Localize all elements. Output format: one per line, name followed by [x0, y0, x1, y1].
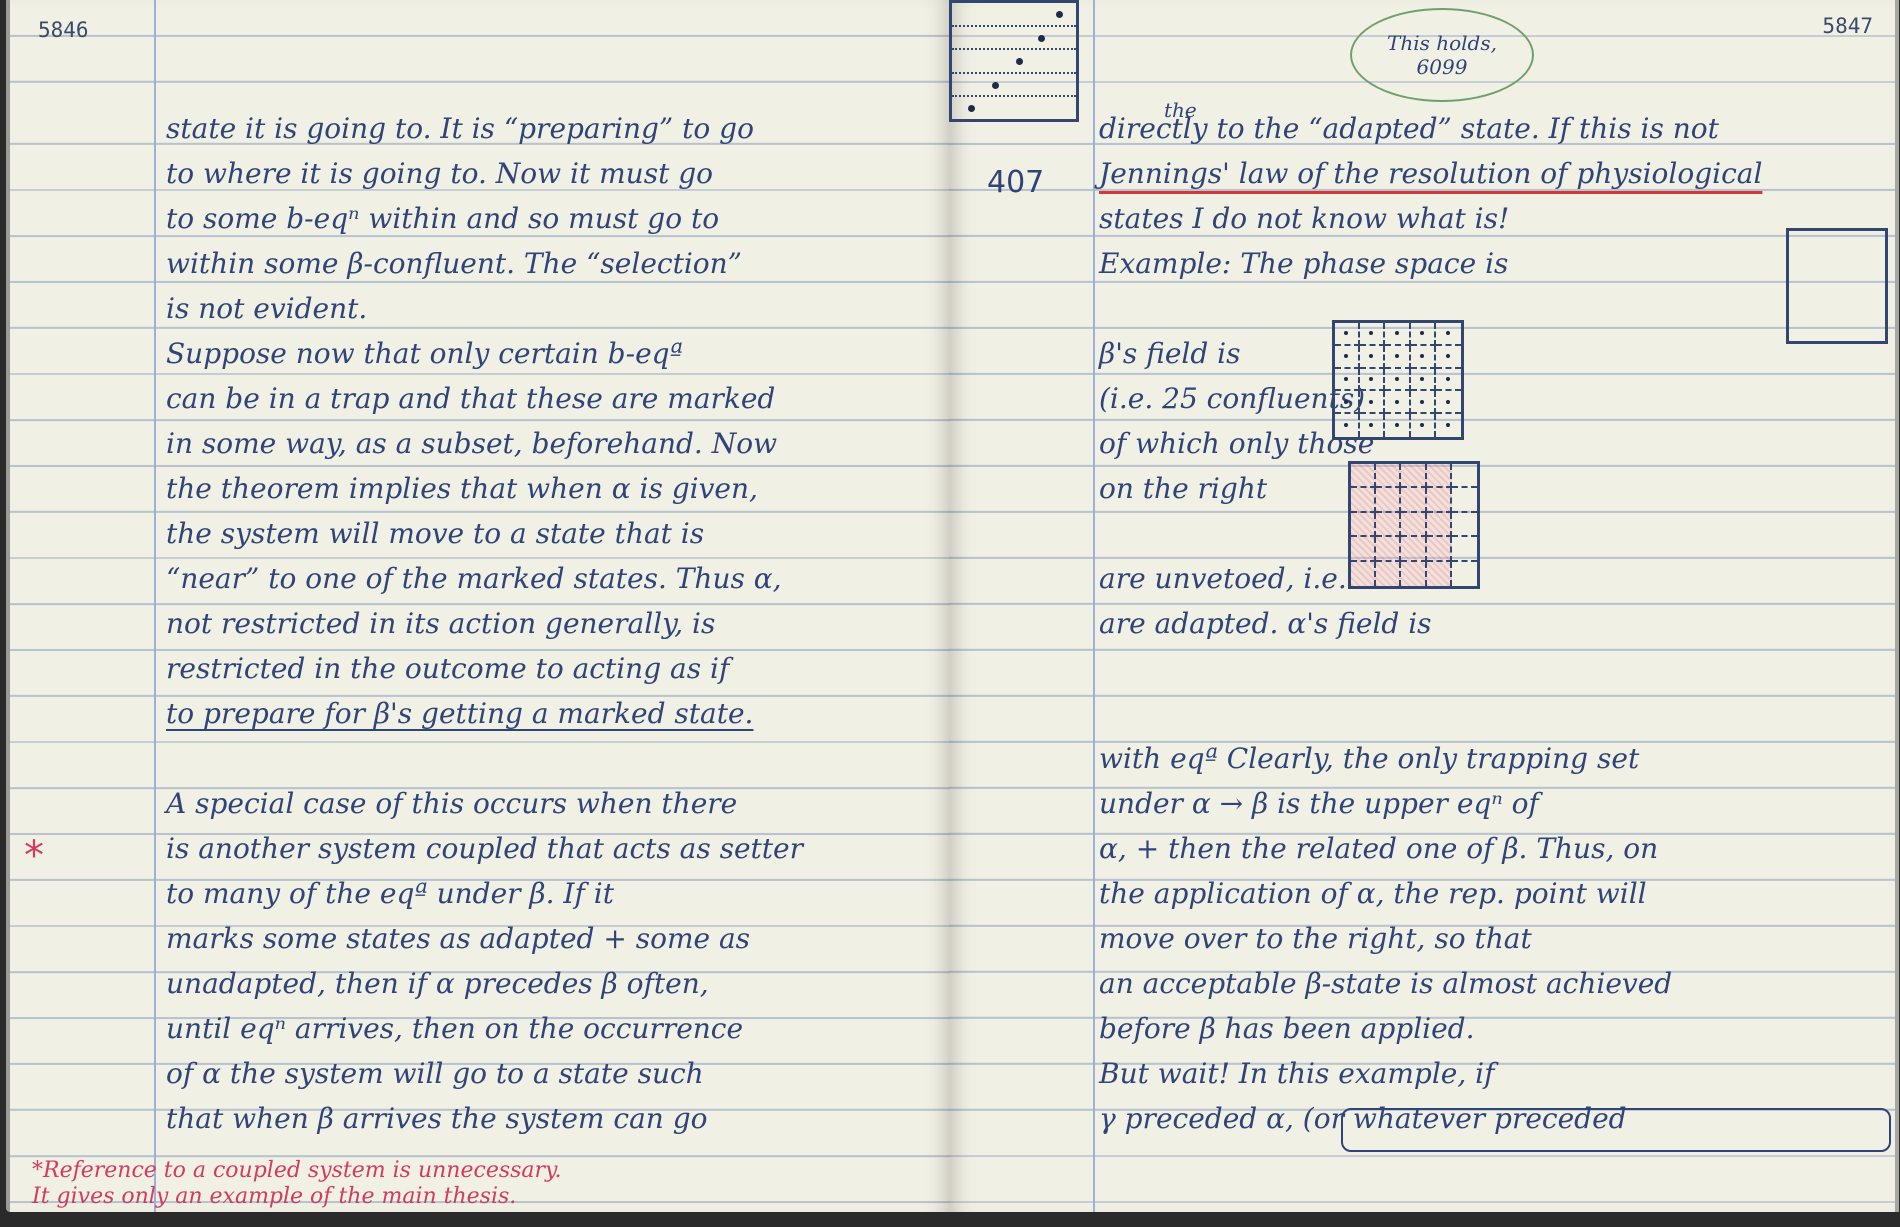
- text-line: the application of α, the rep. point wil…: [1099, 877, 1647, 911]
- text-line: directly to the “adapted” state. If this…: [1099, 112, 1719, 146]
- beta-field-diagram: [1332, 320, 1464, 440]
- text-line: Suppose now that only certain b-eqª: [166, 337, 683, 371]
- text-line: an acceptable β-state is almost achieved: [1099, 967, 1672, 1001]
- page-number: 5846: [38, 18, 89, 42]
- text-line: (i.e. 25 confluents): [1099, 382, 1365, 416]
- text-line: are unvetoed, i.e.: [1099, 562, 1347, 596]
- text-line: can be in a trap and that these are mark…: [166, 382, 775, 416]
- text-line: within some β-confluent. The “selection”: [166, 247, 742, 281]
- text-line: the system will move to a state that is: [166, 517, 704, 551]
- margin-line: [154, 0, 156, 1212]
- text-line: before β has been applied.: [1099, 1012, 1475, 1046]
- circled-note-line: This holds,: [1387, 31, 1497, 55]
- text-line: to many of the eqª under β. If it: [166, 877, 614, 911]
- underlined-text-line: Jennings' law of the resolution of physi…: [1099, 157, 1762, 191]
- page-number: 5847: [1822, 14, 1873, 38]
- footnote-line: *Reference to a coupled system is unnece…: [32, 1158, 562, 1183]
- circled-note-line: 6099: [1417, 55, 1468, 79]
- text-line: on the right: [1099, 472, 1267, 506]
- text-line: not restricted in its action generally, …: [166, 607, 715, 641]
- text-line: states I do not know what is!: [1099, 202, 1509, 236]
- phase-space-diagram: [1786, 228, 1888, 344]
- text-line: unadapted, then if α precedes β often,: [166, 967, 709, 1001]
- adapted-region-diagram: [1348, 461, 1480, 589]
- text-line: move over to the right, so that: [1099, 922, 1532, 956]
- text-line: marks some states as adapted + some as: [166, 922, 750, 956]
- text-line: state it is going to. It is “preparing” …: [166, 112, 754, 146]
- text-line: that when β arrives the system can go: [166, 1102, 707, 1136]
- margin-number: 407: [987, 165, 1044, 200]
- text-line: A special case of this occurs when there: [166, 787, 737, 821]
- right-page: 5847 This holds, 6099 407 the directly t…: [949, 0, 1899, 1212]
- circled-note: This holds, 6099: [1350, 8, 1534, 102]
- text-line: until eqⁿ arrives, then on the occurrenc…: [166, 1012, 743, 1046]
- text-line: to some b-eqⁿ within and so must go to: [166, 202, 719, 236]
- footnote-line: It gives only an example of the main the…: [32, 1184, 516, 1209]
- text-line: α, + then the related one of β. Thus, on: [1099, 832, 1658, 866]
- text-line: Example: The phase space is: [1099, 247, 1508, 281]
- text-line: with eqª Clearly, the only trapping set: [1099, 742, 1639, 776]
- text-line: “near” to one of the marked states. Thus…: [166, 562, 782, 596]
- crossed-out-region: [1341, 1108, 1891, 1152]
- text-line: the theorem implies that when α is given…: [166, 472, 758, 506]
- text-line: in some way, as a subset, beforehand. No…: [166, 427, 777, 461]
- text-line: to where it is going to. Now it must go: [166, 157, 713, 191]
- text-line: under α → β is the upper eqⁿ of: [1099, 787, 1539, 821]
- margin-line: [1093, 0, 1095, 1212]
- underlined-text-line: to prepare for β's getting a marked stat…: [166, 697, 753, 731]
- text-line: But wait! In this example, if: [1099, 1057, 1494, 1091]
- alpha-field-diagram: [949, 0, 1079, 122]
- text-line: of α the system will go to a state such: [166, 1057, 704, 1091]
- text-line: is another system coupled that acts as s…: [166, 832, 803, 866]
- left-page: 5846 state it is going to. It is “prepar…: [6, 0, 951, 1212]
- red-asterisk-icon: *: [24, 833, 44, 879]
- text-line: restricted in the outcome to acting as i…: [166, 652, 729, 686]
- text-line: is not evident.: [166, 292, 367, 326]
- notebook-spread: 5846 state it is going to. It is “prepar…: [0, 0, 1900, 1227]
- text-line: are adapted. α's field is: [1099, 607, 1432, 641]
- text-line: β's field is: [1099, 337, 1241, 371]
